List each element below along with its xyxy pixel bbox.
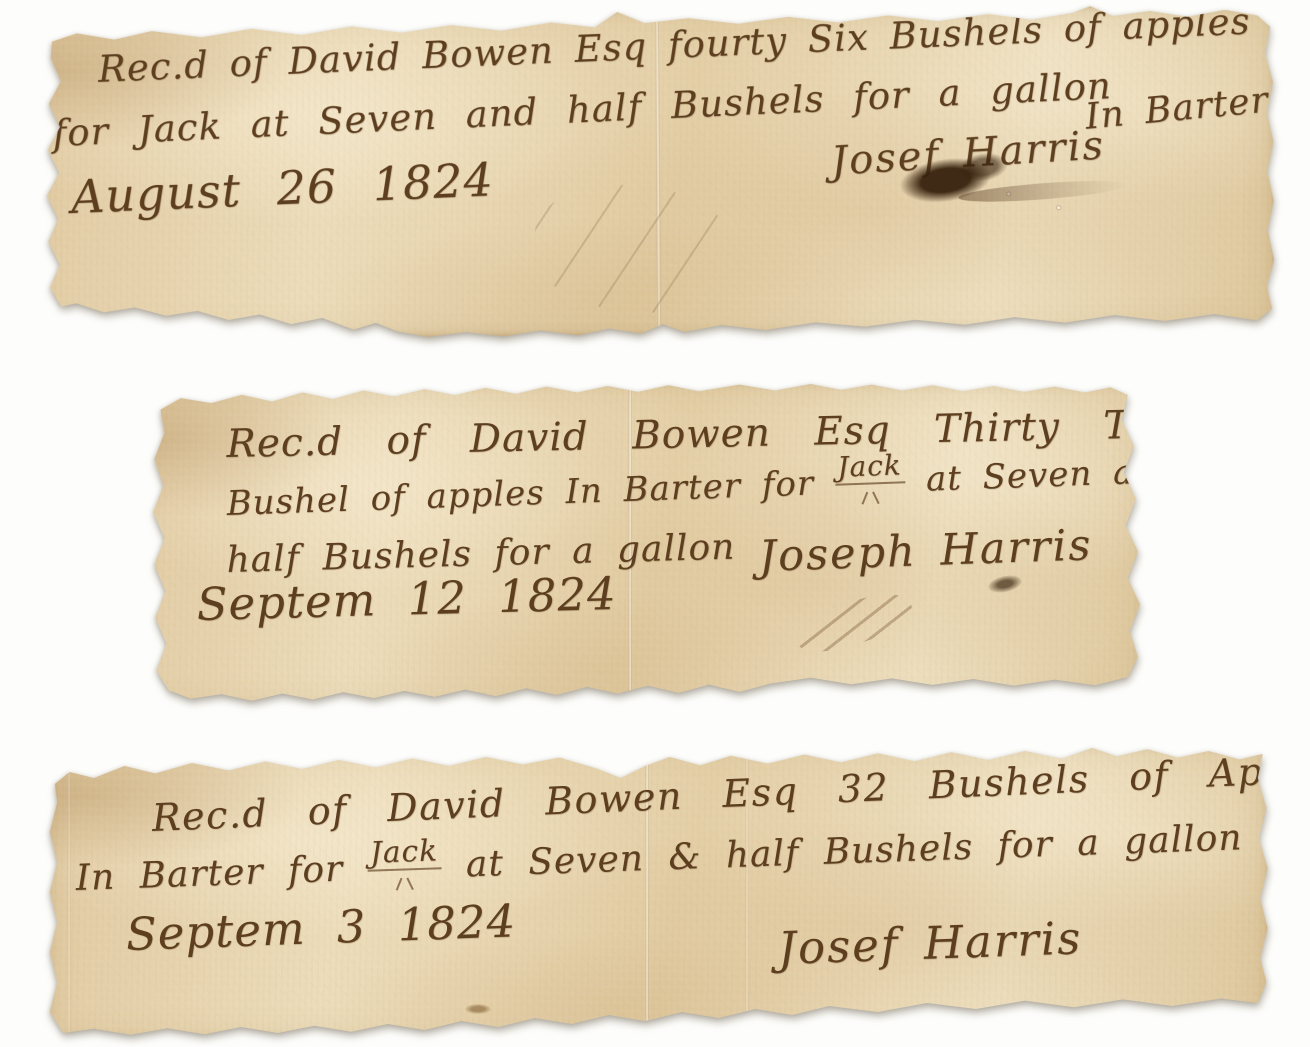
receipt2-date: Septem 12 1824	[196, 567, 617, 631]
stain	[31, 258, 47, 282]
paper-texture: Rec.d of David Bowen Esq fourty Six Bush…	[27, 4, 1277, 341]
inserted-word-jack: Jack	[366, 833, 441, 872]
inserted-word-jack: Jack	[834, 448, 905, 485]
pinhole	[1056, 205, 1061, 210]
paper-texture: Rec.d of David Bowen Esq 32 Bushels of A…	[45, 742, 1270, 1042]
pinhole	[1006, 191, 1011, 196]
receipt2-line2-end: at Seven and	[925, 451, 1180, 500]
receipt3-line2-end: at Seven & half Bushels for a gallon	[465, 817, 1243, 885]
receipt2-signature: Joseph Harris	[758, 520, 1093, 582]
ink-smear	[958, 177, 1129, 206]
faint-scribble	[528, 177, 739, 321]
receipt1-date: August 26 1824	[70, 152, 495, 224]
stain	[987, 573, 1024, 596]
receipt1-signature: Josef Harris	[830, 122, 1106, 184]
receipt-septem-3-1824: Rec.d of David Bowen Esq 32 Bushels of A…	[45, 742, 1270, 1042]
receipt-septem-12-1824: Rec.d of David Bowen Esq Thirty Three Bu…	[130, 380, 1146, 710]
fold-crease	[67, 742, 71, 1042]
receipt2-line2-start: Bushel of apples In Barter for	[226, 463, 815, 523]
receipt3-line2-start: In Barter for	[75, 849, 344, 899]
receipt3-signature: Josef Harris	[777, 911, 1083, 975]
scanned-document: Rec.d of David Bowen Esq fourty Six Bush…	[0, 0, 1310, 1047]
receipt-august-26-1824: Rec.d of David Bowen Esq fourty Six Bush…	[27, 4, 1277, 341]
stain	[790, 584, 917, 661]
receipt3-date: Septem 3 1824	[125, 894, 517, 961]
paper-texture: Rec.d of David Bowen Esq Thirty Three Bu…	[130, 380, 1146, 710]
stain	[465, 1004, 491, 1014]
